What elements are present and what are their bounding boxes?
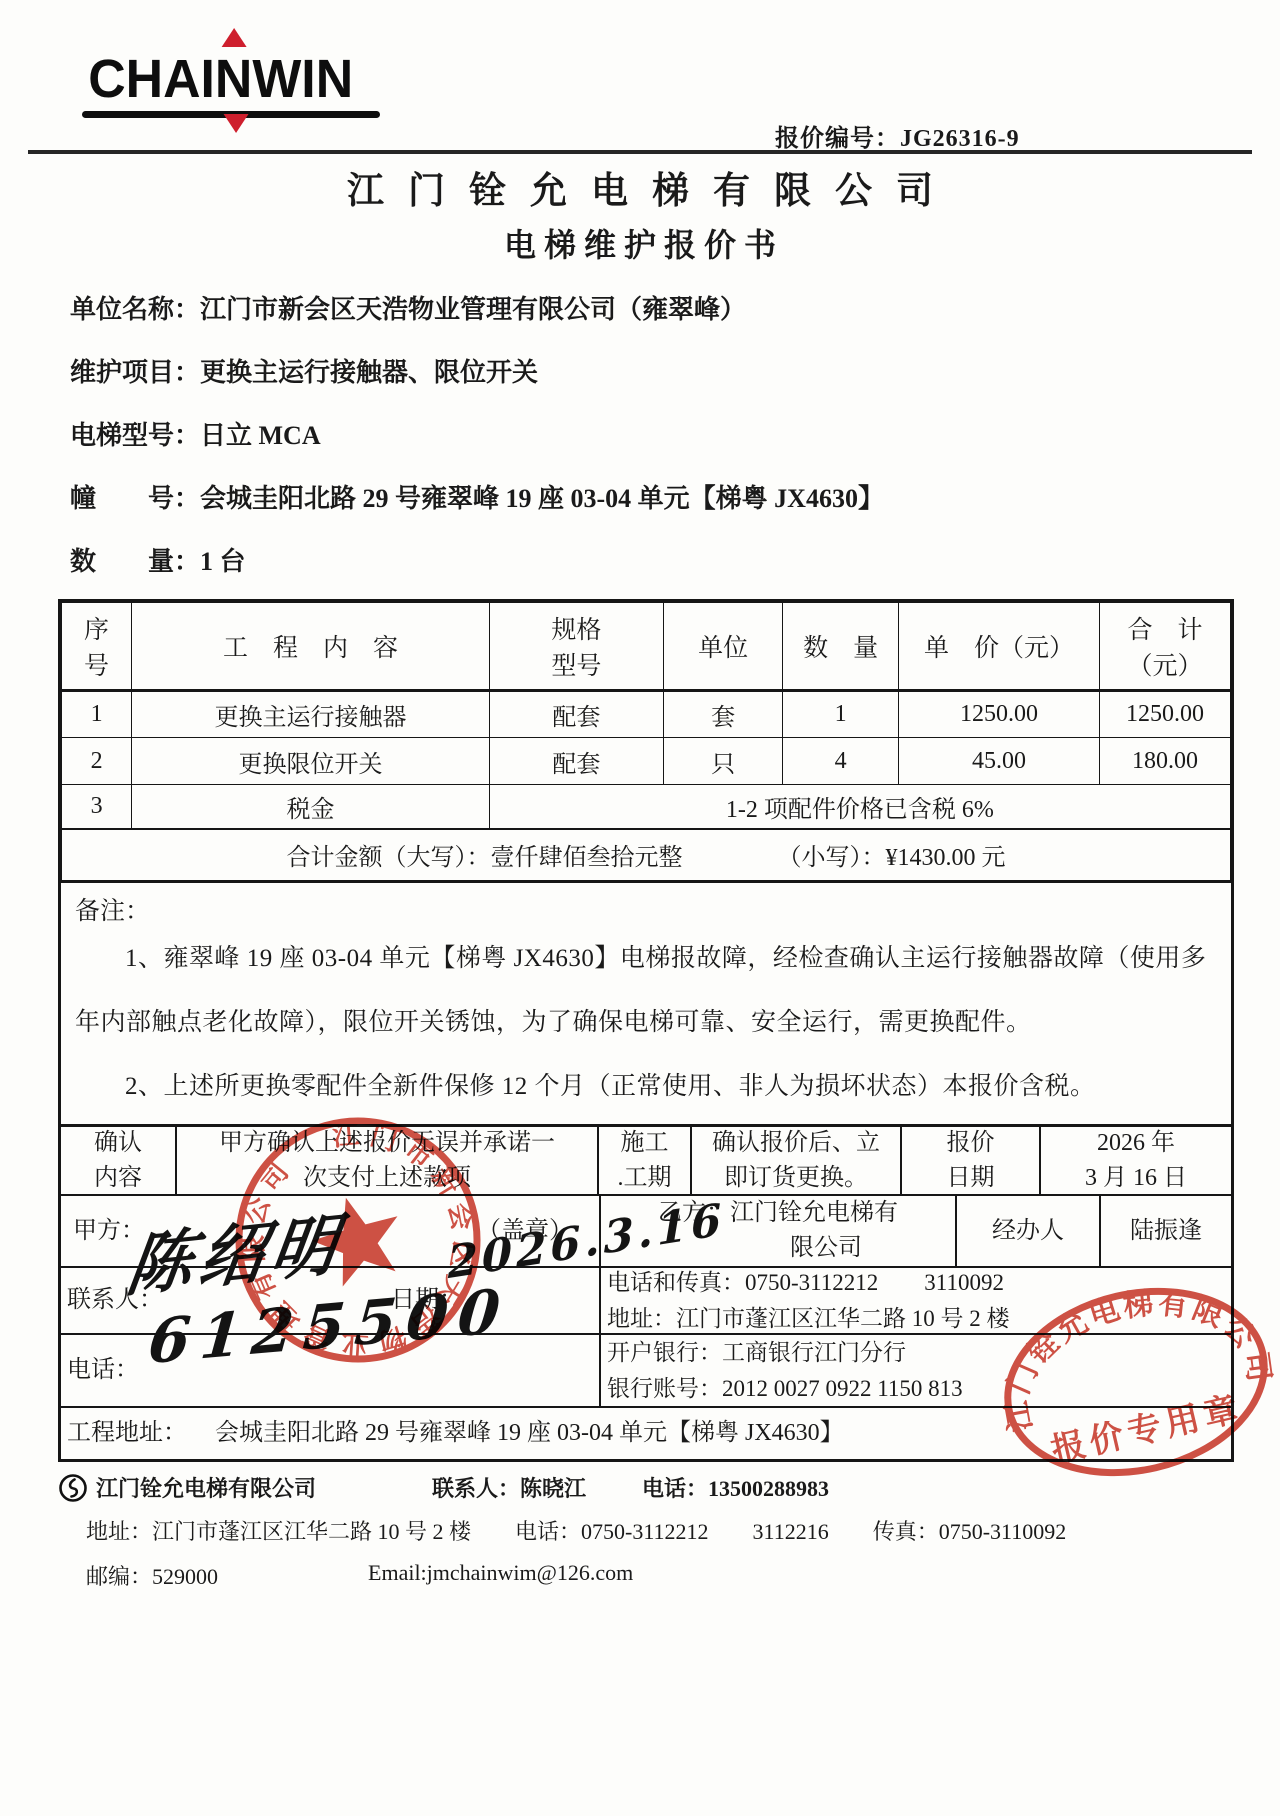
footer-tel2: 电话：0750-3112212 3112216 (515, 1515, 829, 1546)
project-address-value: 会城圭阳北路 29 号雍翠峰 19 座 03-04 单元【梯粤 JX4630】 (215, 1416, 844, 1451)
cell-qty: 1 (783, 691, 899, 738)
field-label: 电梯型号： (70, 415, 200, 452)
cell-unit: 套 (664, 691, 783, 738)
document-footer: 江门铨允电梯有限公司 联系人：陈晓江 电话：13500288983 地址：江门市… (58, 1472, 1234, 1591)
parties-row: 甲方： （盖章） 乙方：江门铨允电梯有 限公司 经办人 陆振逢 (61, 1194, 1231, 1266)
project-address-row: 工程地址： 会城圭阳北路 29 号雍翠峰 19 座 03-04 单元【梯粤 JX… (61, 1406, 1231, 1459)
footer-line-1: 江门铨允电梯有限公司 联系人：陈晓江 电话：13500288983 (58, 1472, 1234, 1503)
field-label: 单位名称： (70, 289, 200, 326)
remark-item-1: 1、雍翠峰 19 座 03-04 单元【梯粤 JX4630】电梯报故障，经检查确… (75, 927, 1217, 1055)
quote-date-value: 2026 年 3 月 16 日 (1039, 1127, 1231, 1194)
field-elevator-model: 电梯型号： 日立 MCA (70, 402, 1234, 465)
confirm-content-text: 甲方确认上述报价无误并承诺一 次支付上述款项 (175, 1127, 597, 1194)
chainwin-mini-logo-icon (58, 1473, 88, 1503)
footer-zip: 邮编：529000 (86, 1560, 218, 1591)
tax-note: 1-2 项配件价格已含税 6% (489, 785, 1230, 829)
footer-company: 江门铨允电梯有限公司 (96, 1472, 316, 1503)
info-fields: 单位名称： 江门市新会区天浩物业管理有限公司（雍翠峰） 维护项目： 更换主运行接… (70, 276, 1234, 591)
footer-email: Email:jmchainwim@126.com (368, 1560, 633, 1591)
document-title: 电梯维护报价书 (0, 220, 1280, 266)
party-a-label: 甲方： (73, 1214, 145, 1249)
footer-line-2: 地址：江门市蓬江区江华二路 10 号 2 楼 电话：0750-3112212 3… (86, 1515, 1234, 1546)
logo-left: CHAI (88, 52, 215, 106)
cell-total: 1250.00 (1100, 691, 1231, 738)
amount-in-figures: （小写）：¥1430.00 元 (778, 837, 1006, 872)
cell-unit-price: 1250.00 (898, 691, 1099, 738)
contact-label: 联系人： (67, 1283, 163, 1318)
remarks-label: 备注： (75, 891, 1217, 927)
quotation-document: CHAINWIN 报价编号：JG26316-9 江门铨允电梯有限公司 电梯维护报… (0, 0, 1280, 1816)
construction-period-text: 确认报价后、立 即订货更换。 (690, 1127, 900, 1194)
company-title: 江门铨允电梯有限公司 (0, 160, 1280, 214)
footer-contact: 联系人：陈晓江 (432, 1472, 586, 1503)
party-a-contact-cell: 联系人： 日期： (61, 1268, 599, 1333)
header-rule (28, 150, 1252, 154)
field-quantity: 数 量： 1 台 (70, 528, 1234, 591)
remark-item-2: 2、上述所更换零配件全新件保修 12 个月（正常使用、非人为损坏状态）本报价含税… (75, 1055, 1217, 1119)
red-arrow-down-icon (223, 114, 248, 133)
red-arrow-up-icon (221, 28, 246, 47)
field-label: 幢 号： (70, 478, 200, 515)
field-value: 1 台 (200, 541, 246, 578)
agent-name: 陆振逢 (1099, 1196, 1231, 1266)
party-b-contact-cell: 电话和传真：0750-3112212 3110092 地址：江门市蓬江区江华二路… (599, 1268, 1231, 1333)
contact-row: 联系人： 日期： 电话和传真：0750-3112212 3110092 地址：江… (61, 1266, 1231, 1333)
project-address-cell: 工程地址： 会城圭阳北路 29 号雍翠峰 19 座 03-04 单元【梯粤 JX… (61, 1408, 1231, 1459)
col-header-no: 序 号 (62, 603, 132, 691)
bank-account: 银行账号：2012 0027 0922 1150 813 (607, 1371, 963, 1407)
party-a-cell: 甲方： （盖章） (61, 1196, 599, 1266)
construction-period-label: 施工 .工期 (597, 1127, 690, 1194)
sum-row: 合计金额（大写）：壹仟肆佰叁拾元整 （小写）：¥1430.00 元 (62, 829, 1231, 881)
cell-spec: 配套 (489, 691, 663, 738)
phone-fax: 电话和传真：0750-3112212 3110092 (607, 1265, 1004, 1301)
amount-in-words: 合计金额（大写）：壹仟肆佰叁拾元整 (287, 837, 683, 872)
cell-no: 1 (62, 691, 132, 738)
cell-no: 2 (62, 738, 132, 785)
col-header-total: 合 计 （元） (1100, 603, 1231, 691)
footer-fax: 传真：0750-3110092 (873, 1515, 1067, 1546)
table-row: 2 更换限位开关 配套 只 4 45.00 180.00 (62, 738, 1231, 785)
date-label: 日期： (391, 1283, 463, 1318)
field-label: 维护项目： (70, 352, 200, 389)
cell-content: 更换限位开关 (132, 738, 490, 785)
col-header-unit: 单位 (664, 603, 783, 691)
footer-address: 地址：江门市蓬江区江华二路 10 号 2 楼 (86, 1515, 471, 1546)
party-a-phone-cell: 电话： (61, 1335, 599, 1406)
phone-bank-row: 电话： 开户银行：工商银行江门分行 银行账号：2012 0027 0922 11… (61, 1333, 1231, 1406)
project-address-label: 工程地址： (67, 1416, 187, 1451)
field-value: 日立 MCA (200, 415, 321, 452)
field-building-number: 幢 号： 会城圭阳北路 29 号雍翠峰 19 座 03-04 单元【梯粤 JX4… (70, 465, 1234, 528)
tax-row: 3 税金 1-2 项配件价格已含税 6% (62, 785, 1231, 829)
field-value: 会城圭阳北路 29 号雍翠峰 19 座 03-04 单元【梯粤 JX4630】 (200, 478, 884, 515)
quote-date-label: 报价 日期 (900, 1127, 1039, 1194)
footer-line-3: 邮编：529000 Email:jmchainwim@126.com (86, 1560, 1234, 1591)
sign-date: 日期： (391, 1283, 593, 1318)
cell-no: 3 (62, 785, 132, 829)
confirm-content-label: 确认 内容 (61, 1127, 175, 1194)
field-unit-name: 单位名称： 江门市新会区天浩物业管理有限公司（雍翠峰） (70, 276, 1234, 339)
tel-label: 电话： (67, 1353, 139, 1388)
col-header-content: 工 程 内 容 (132, 603, 490, 691)
items-table: 序 号 工 程 内 容 规格 型号 单位 数 量 单 价（元） 合 计 （元） … (61, 602, 1231, 881)
cell-total: 180.00 (1100, 738, 1231, 785)
cell-qty: 4 (783, 738, 899, 785)
document-header: CHAINWIN 报价编号：JG26316-9 (0, 0, 1280, 150)
bank-cell: 开户银行：工商银行江门分行 银行账号：2012 0027 0922 1150 8… (599, 1335, 1231, 1406)
confirm-header-row: 确认 内容 甲方确认上述报价无误并承诺一 次支付上述款项 施工 .工期 确认报价… (61, 1124, 1231, 1194)
party-b-address: 地址：江门市蓬江区江华二路 10 号 2 楼 (607, 1301, 1010, 1337)
party-b-cell: 乙方：江门铨允电梯有 限公司 (599, 1196, 955, 1266)
col-header-unit-price: 单 价（元） (898, 603, 1099, 691)
items-header-row: 序 号 工 程 内 容 规格 型号 单位 数 量 单 价（元） 合 计 （元） (62, 603, 1231, 691)
cell-content: 税金 (132, 785, 490, 829)
logo-right: WIN (252, 52, 353, 106)
col-header-qty: 数 量 (783, 603, 899, 691)
cell-unit-price: 45.00 (898, 738, 1099, 785)
footer-tel1: 电话：13500288983 (642, 1472, 829, 1503)
seal-hint: （盖章） (477, 1214, 573, 1249)
field-value: 江门市新会区天浩物业管理有限公司（雍翠峰） (200, 289, 746, 326)
sum-amounts: 合计金额（大写）：壹仟肆佰叁拾元整 （小写）：¥1430.00 元 (66, 837, 1226, 872)
logo-n: N (215, 52, 252, 106)
agent-label: 经办人 (955, 1196, 1099, 1266)
cell-content: 更换主运行接触器 (132, 691, 490, 738)
chainwin-logo: CHAINWIN (82, 52, 392, 118)
bank-name: 开户银行：工商银行江门分行 (607, 1335, 906, 1371)
field-value: 更换主运行接触器、限位开关 (200, 352, 538, 389)
quotation-number: 报价编号：JG26316-9 (775, 118, 1020, 153)
field-label: 数 量： (70, 541, 200, 578)
table-row: 1 更换主运行接触器 配套 套 1 1250.00 1250.00 (62, 691, 1231, 738)
col-header-spec: 规格 型号 (489, 603, 663, 691)
main-table-block: 序 号 工 程 内 容 规格 型号 单位 数 量 单 价（元） 合 计 （元） … (58, 599, 1234, 1462)
chainwin-logo-text: CHAINWIN (88, 52, 386, 106)
cell-spec: 配套 (489, 738, 663, 785)
field-maintenance-item: 维护项目： 更换主运行接触器、限位开关 (70, 339, 1234, 402)
cell-unit: 只 (664, 738, 783, 785)
remarks-section: 备注： 1、雍翠峰 19 座 03-04 单元【梯粤 JX4630】电梯报故障，… (61, 881, 1231, 1124)
